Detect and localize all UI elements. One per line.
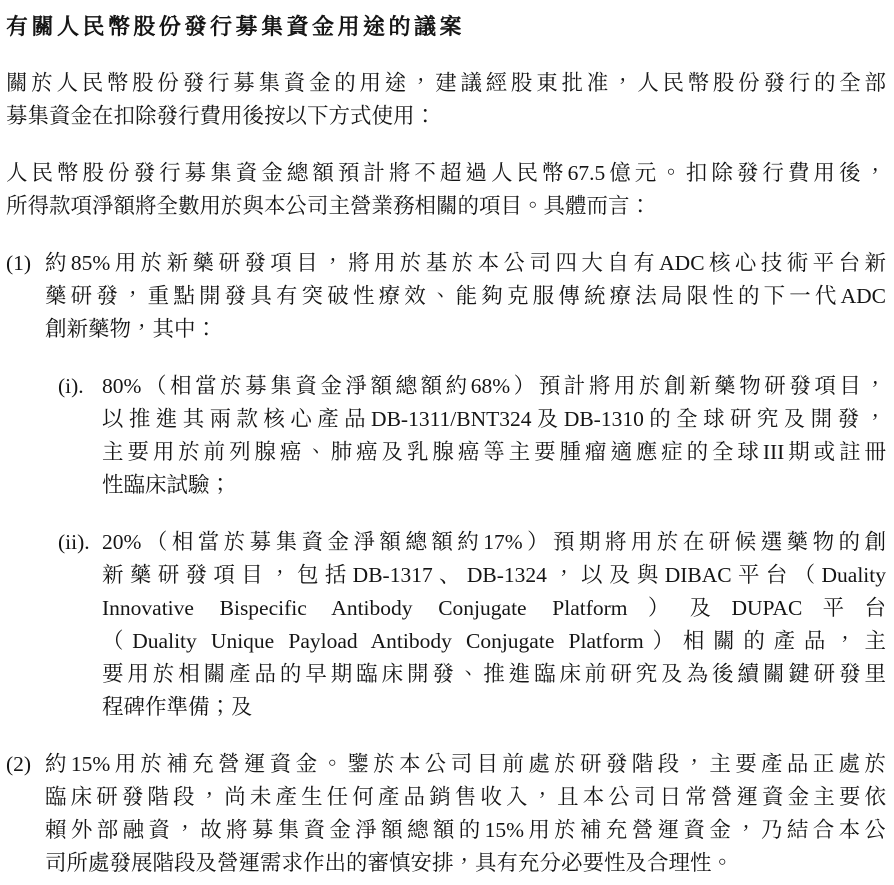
text-line: 人民幣股份發行募集資金總額預計將不超過人民幣67.5億元。扣除發行費用後， [6, 157, 886, 190]
text-line: （Duality Unique Payload Antibody Conjuga… [102, 625, 886, 658]
list-item-2: (2)約15%用於補充營運資金。鑒於本公司目前處於研發階段，主要產品正處於臨床研… [6, 748, 886, 880]
item-content: 20%（相當於募集資金淨額總額約17%）預期將用於在研候選藥物的創新藥研發項目，… [102, 526, 886, 724]
text-line: 約85%用於新藥研發項目，將用於基於本公司四大自有ADC核心技術平台新 [45, 247, 886, 280]
text-line: 80%（相當於募集資金淨額總額約68%）預計將用於創新藥物研發項目， [102, 370, 886, 403]
text-line: 創新藥物，其中： [45, 313, 886, 346]
text-line: 以推進其兩款核心產品DB-1311/BNT324及DB-1310的全球研究及開發… [102, 403, 886, 436]
text-line: 司所處發展階段及營運需求作出的審慎安排，具有充分必要性及合理性。 [45, 847, 886, 880]
list-item-i: (i).80%（相當於募集資金淨額總額約68%）預計將用於創新藥物研發項目，以推… [6, 370, 886, 502]
proposal-document: 有關人民幣股份發行募集資金用途的議案 關於人民幣股份發行募集資金的用途，建議經股… [0, 0, 894, 885]
item-marker: (ii). [58, 526, 102, 559]
text-line: 要用於相關產品的早期臨床開發、推進臨床前研究及為後續關鍵研發里 [102, 658, 886, 691]
item-content: 約15%用於補充營運資金。鑒於本公司目前處於研發階段，主要產品正處於臨床研發階段… [45, 748, 886, 880]
text-line: 約15%用於補充營運資金。鑒於本公司目前處於研發階段，主要產品正處於 [45, 748, 886, 781]
text-line: 性臨床試驗； [102, 469, 886, 502]
item-content: 80%（相當於募集資金淨額總額約68%）預計將用於創新藥物研發項目，以推進其兩款… [102, 370, 886, 502]
paragraph-2: 人民幣股份發行募集資金總額預計將不超過人民幣67.5億元。扣除發行費用後，所得款… [6, 157, 886, 223]
paragraph-1: 關於人民幣股份發行募集資金的用途，建議經股東批准，人民幣股份發行的全部募集資金在… [6, 67, 886, 133]
item-marker: (1) [6, 247, 45, 280]
text-line: 賴外部融資，故將募集資金淨額總額的15%用於補充營運資金，乃結合本公 [45, 814, 886, 847]
text-line: 所得款項淨額將全數用於與本公司主營業務相關的項目。具體而言： [6, 190, 886, 223]
text-line: Innovative Bispecific Antibody Conjugate… [102, 592, 886, 625]
text-line: 新藥研發項目，包括DB-1317、DB-1324，以及與DIBAC平台（Dual… [102, 559, 886, 592]
text-line: 募集資金在扣除發行費用後按以下方式使用： [6, 100, 886, 133]
list-item-ii: (ii).20%（相當於募集資金淨額總額約17%）預期將用於在研候選藥物的創新藥… [6, 526, 886, 724]
text-line: 關於人民幣股份發行募集資金的用途，建議經股東批准，人民幣股份發行的全部 [6, 67, 886, 100]
item-marker: (2) [6, 748, 45, 781]
document-body: 關於人民幣股份發行募集資金的用途，建議經股東批准，人民幣股份發行的全部募集資金在… [6, 67, 886, 880]
document-page: { "document": { "title": "有關人民幣股份發行募集資金用… [0, 0, 894, 885]
item-content: 約85%用於新藥研發項目，將用於基於本公司四大自有ADC核心技術平台新藥研發，重… [45, 247, 886, 346]
text-line: 主要用於前列腺癌、肺癌及乳腺癌等主要腫瘤適應症的全球III期或註冊 [102, 436, 886, 469]
list-item-1: (1)約85%用於新藥研發項目，將用於基於本公司四大自有ADC核心技術平台新藥研… [6, 247, 886, 346]
text-line: 程碑作準備；及 [102, 691, 886, 724]
item-marker: (i). [58, 370, 102, 403]
document-title: 有關人民幣股份發行募集資金用途的議案 [6, 10, 886, 43]
text-line: 臨床研發階段，尚未產生任何產品銷售收入，且本公司日常營運資金主要依 [45, 781, 886, 814]
text-line: 20%（相當於募集資金淨額總額約17%）預期將用於在研候選藥物的創 [102, 526, 886, 559]
text-line: 藥研發，重點開發具有突破性療效、能夠克服傳統療法局限性的下一代ADC [45, 280, 886, 313]
